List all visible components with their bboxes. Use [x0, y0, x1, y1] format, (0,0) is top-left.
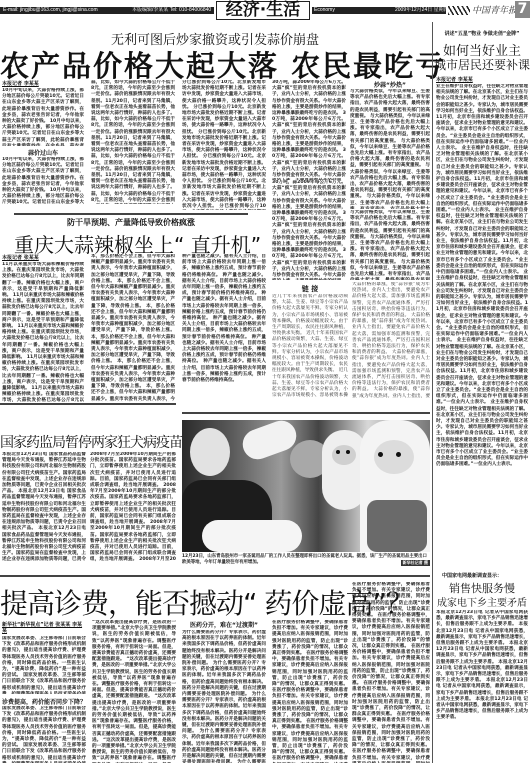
lead-body-col5b: 与大蒜价格类似，今年以来绿豆、生姜等农产品价格也先后大幅上涨。有专家指出，农产品…: [350, 210, 430, 280]
medical-body-col2: “这次改革提出提高诊疗费，是医改的一项重要举措。”北京大学公共卫生学院教授说，医…: [92, 620, 176, 763]
medical-headline: 提高诊费，能否撼动“ 药价虚高”？: [0, 582, 345, 622]
lead-subhead-1: 蒜价过山车: [2, 148, 84, 157]
lead-body-col4: 30万吨，蒜2009年每公斤6万元。大蒜“疯”狂的背后有投机资本的影子，业内人士…: [272, 80, 346, 180]
right-top-byline: 本报记者 李某某: [436, 76, 473, 83]
right-column-divider: [432, 22, 433, 763]
commentary-title: 链 接: [272, 284, 348, 294]
medical-subhead-2: 医药分开，难在“过渡期”: [182, 620, 266, 629]
masthead-contact: E-mail: jingjibu@163.com, jingji@sina.co…: [3, 6, 98, 15]
right-top-body: 业主在维护自身权益时，往往缺乏对物业管理相关法规的了解。在北京某小区，业主们在与…: [436, 84, 528, 570]
divider-photo-medical: [0, 575, 430, 577]
medical-body-col1b: 国家发展改革委、卫生部等部门日前联合下发《改革药品和医疗服务价格形成机制的意见》…: [2, 706, 86, 763]
right-bottom-headline-2: 成家电下乡主要矛盾: [434, 594, 530, 609]
masthead-section-en: Economy: [314, 6, 335, 15]
paper-logo: 中国青年报: [472, 3, 517, 16]
divider-chili-vaccine: [0, 403, 176, 405]
chili-byline: 本报记者 张某某: [2, 254, 39, 261]
lead-subhead-2: 炒蒜“炒热”: [350, 80, 430, 89]
right-bottom-body: 本报北京12月23日电 记者从中国家电网获悉，最新调查显示，家电下乡产品销售迅速…: [436, 610, 528, 763]
decorative-stripes-icon: [448, 6, 470, 15]
chili-body-col3: 种产量也随之减少。据有关人士介绍，目前市场上大蒜价格较去年同期上涨一倍多，辣椒价…: [182, 254, 266, 404]
page-masthead: E-mail: jingjibu@163.com, jingji@sina.co…: [0, 0, 530, 20]
lead-body-col1: 10月中旬以来，大蒜价格持续上涨，部分地区蒜价每公斤突破10元。记者近日在山东金…: [2, 88, 84, 146]
photo-caption: 12月23日，山东青岛胶州市一家圣诞用品厂的工作人员在整理即将出口的圣诞老人玩具…: [182, 554, 430, 566]
lead-body-col2: 蒜，比如，如今大蒜的价格每公斤不低于8元，正常的话，今年的大蒜至少会涨到一定价位…: [91, 80, 175, 204]
section-title: 经济·生活: [216, 1, 310, 20]
news-photo-santa-toys: [182, 420, 430, 552]
lead-headline: 农产品价格大起大落 农民最吃亏: [0, 44, 430, 85]
right-bottom-kicker: 中国家电网最新调查显示：: [434, 572, 530, 579]
lead-body-col1b: 10月中旬以来，大蒜价格持续上涨，部分地区蒜价每公斤突破10元。记者近日在山东金…: [2, 157, 84, 204]
photo-credit: 新华社记者 摄: [401, 560, 430, 566]
page-number: 7: [515, 1, 530, 18]
commentary-body-col1: 近几十年来我国农产品价格波动频繁，大蒜、生姜、绿豆等小宗农产品价格大起大落屡见不…: [272, 294, 348, 398]
chili-body-col1: 11月以来重庆市场大蒜和辣椒价格持续上涨。在重庆菜园坝批发市场，大蒜批发价格已达…: [2, 262, 84, 402]
medical-byline: 新华社“新华视点”记者 张某某 李某某: [2, 622, 86, 634]
medical-body-col4: 在医疗服务价格调整中，要确保患者负担不增加。有关专家建议，诊疗费提高后应纳入医保…: [272, 620, 348, 763]
chili-kicker: 防干旱预期、产量降低导致价格疯涨: [14, 217, 248, 228]
lead-body-col3: 分已涨价到每公斤10元。北京新发地市场大蒜批发价格近期不断上涨。记者在采访中发现…: [182, 80, 266, 210]
vaccine-headline: 国家药监局暂停两家狂犬病疫苗企业生产: [0, 432, 176, 452]
right-top-kicker: 讲述“五星”物业 争做走俏“金牌”: [434, 30, 530, 37]
commentary-body-col2: 大蒜价格的暴涨，使“蒜你狠”成为年度热词。业内人士指出，要避免农产品价格大起大落…: [352, 282, 430, 398]
right-top-headline-2: 城市居民还要补课: [434, 56, 530, 73]
chili-body-col2: 本，那么价格还不会上涨，但今年大蒜和辣椒产量都明显减少。重庆市农委有关负责人表示…: [91, 254, 175, 402]
divider-lead-chili: [14, 213, 248, 215]
lead-byline: 本报记者 李某某: [2, 80, 39, 87]
divider-photo-top: [182, 412, 430, 414]
medical-body-col3: 为什么需要医药分开？专家表示，药价虚高的根本原因在于以药养医的体制。近年来我国多…: [182, 630, 266, 763]
lead-body-col5: 与大蒜价格类似，今年以来绿豆、生姜等农产品价格也先后大幅上涨。有专家指出，农产品…: [350, 89, 430, 209]
medical-body-col5: 在医疗服务价格调整中，要确保患者负担不增加。有关专家建议，诊疗费提高后应纳入医保…: [352, 582, 430, 763]
vaccine-body-col1: 本报北京12月23日电 国家食品药品监督管理局今天发布通报，暂停江苏延申生物科技…: [2, 452, 86, 562]
medical-subhead-1: 诊费提高，药价能否同步下降？: [2, 697, 86, 706]
vaccine-body-col2: 2008年7月至2009年10月期间生产的部分批次疫苗。国家药监局要求各地药监部…: [90, 452, 176, 562]
medical-body-col1: 国家发展改革委、卫生部等部门日前联合下发《改革药品和医疗服务价格形成机制的意见》…: [2, 636, 86, 694]
masthead-editors: 本版编辑/李某某 Tel: 010-84006840: [132, 6, 211, 15]
masthead-date: 2009年12月24日 星期四: [395, 6, 449, 15]
lead-body-col4b: 30万吨，蒜2009年每公斤6万元。大蒜“疯”狂的背后有投机资本的影子，业内人士…: [272, 180, 346, 280]
photo-caption-text: 12月23日，山东青岛胶州市一家圣诞用品厂的工作人员在整理即将出口的圣诞老人玩具…: [182, 554, 427, 565]
